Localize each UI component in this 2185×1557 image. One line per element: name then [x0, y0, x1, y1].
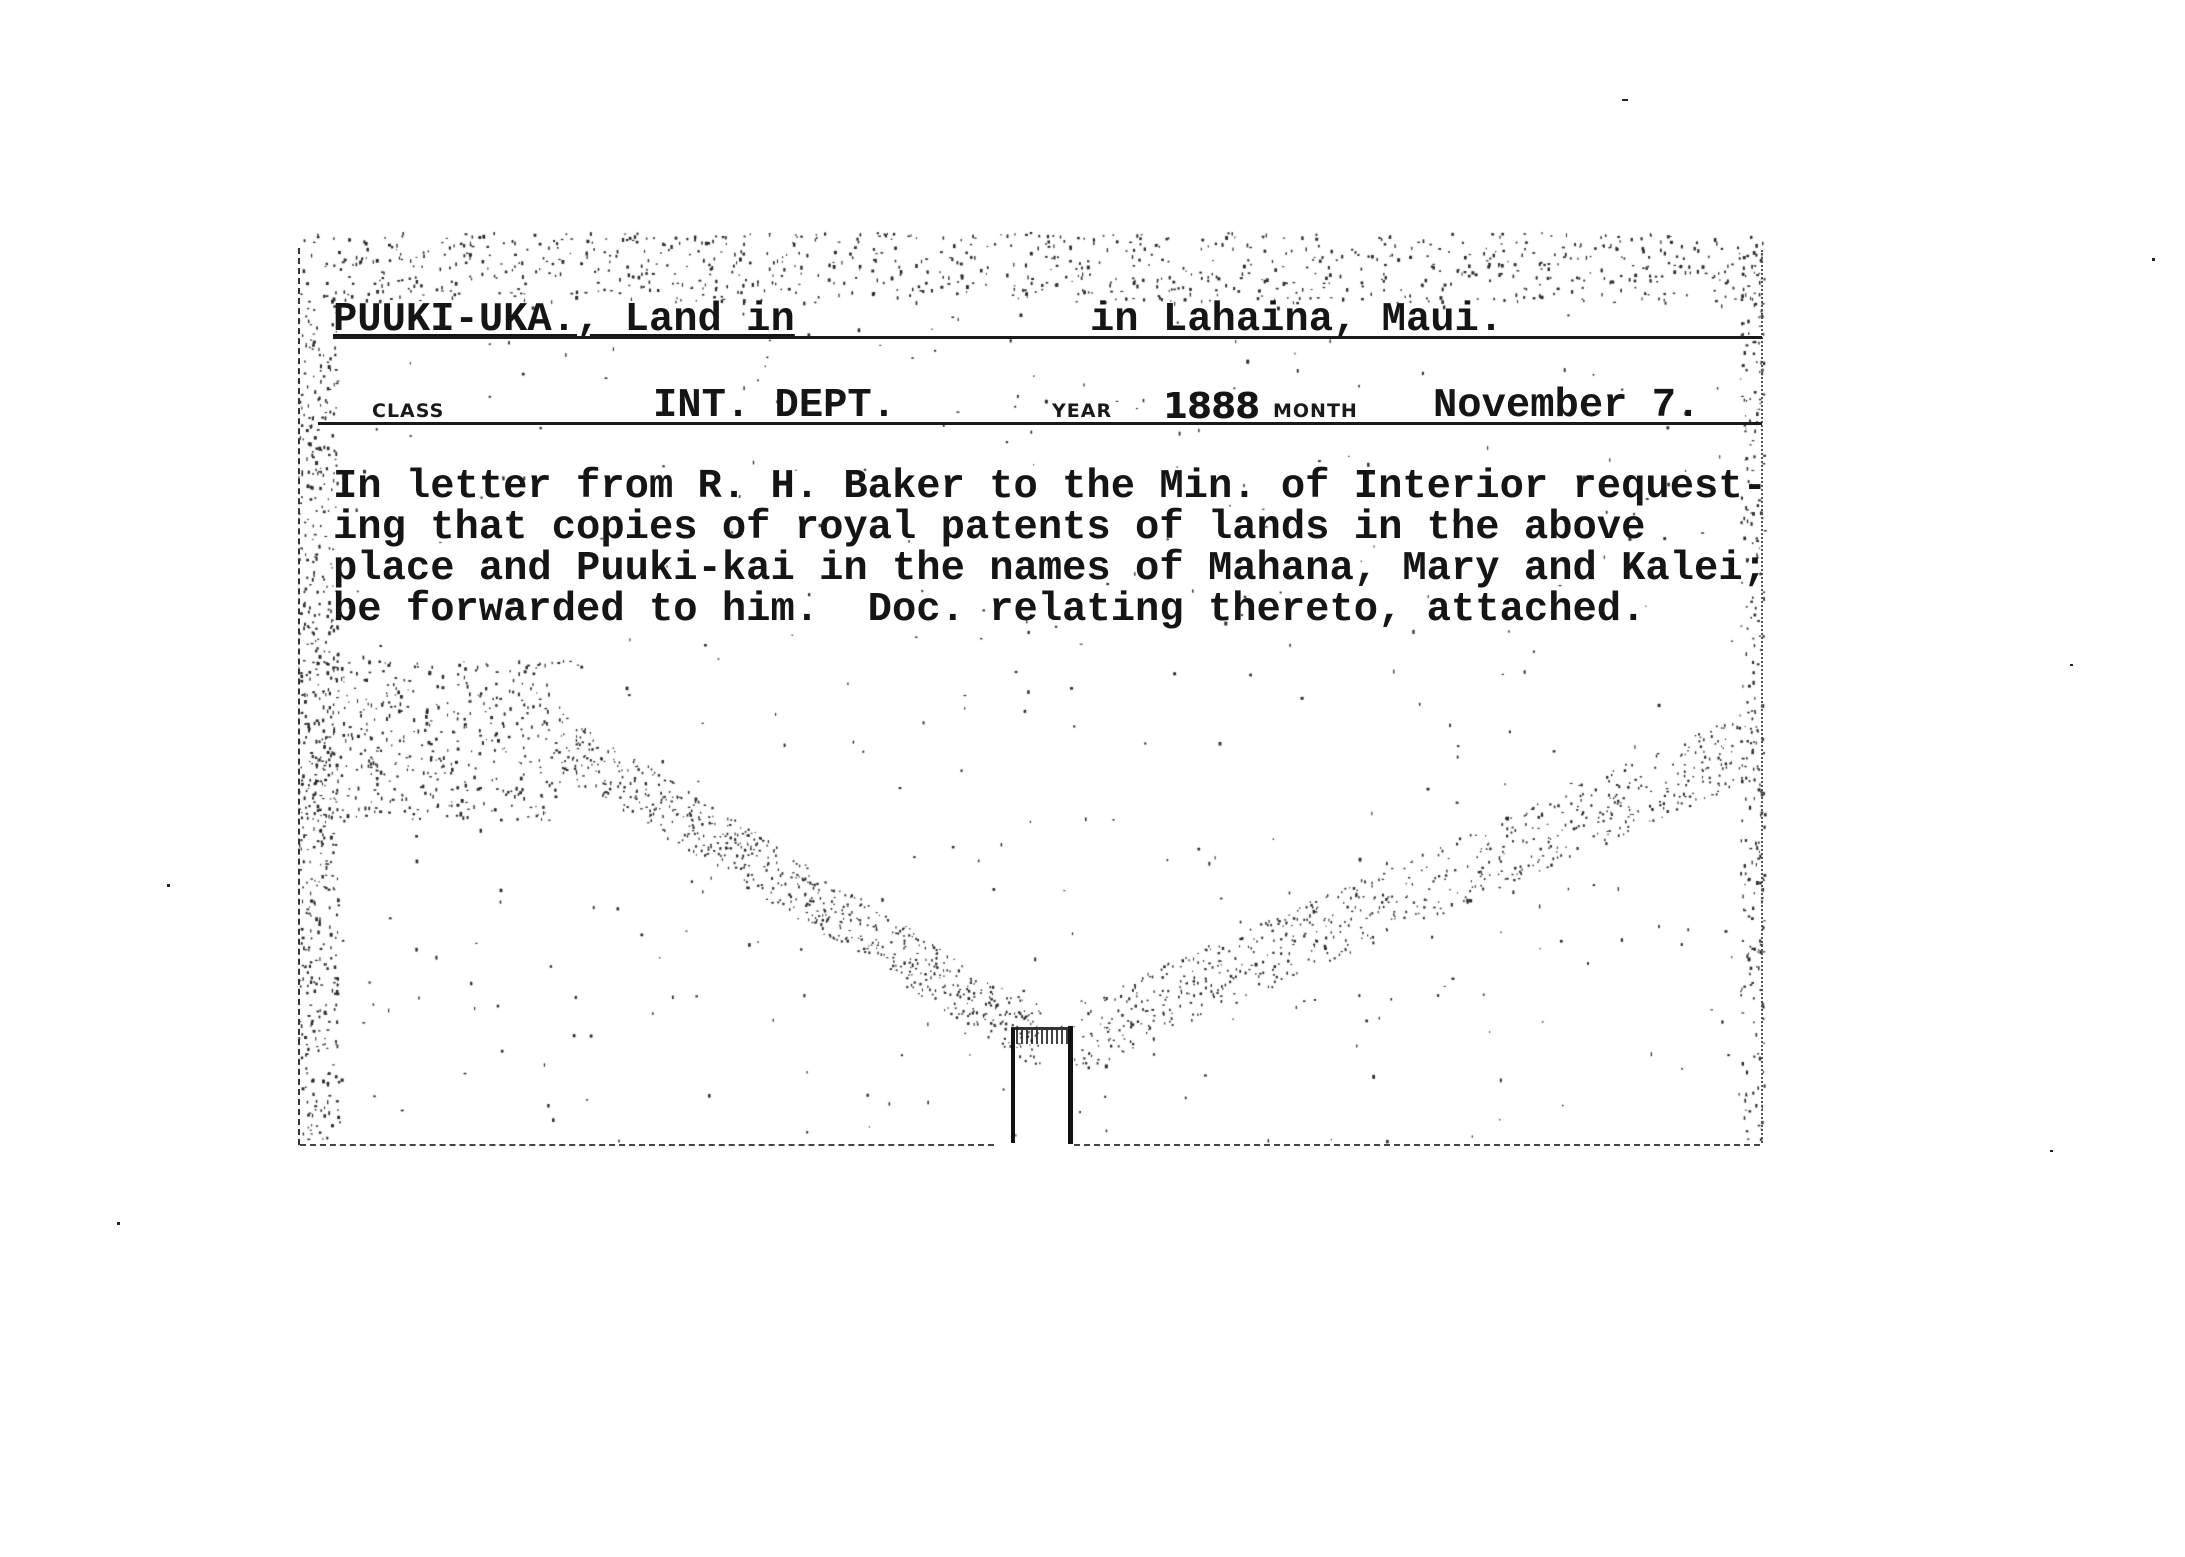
scan-speck [1622, 99, 1628, 101]
card-bottom-edge-left [300, 1144, 994, 1146]
title-rule [333, 336, 1762, 339]
card-right-edge [1761, 250, 1763, 1143]
card-rod-notch-right [1068, 1026, 1073, 1144]
class-label: CLASS [372, 400, 444, 422]
scan-speck [2152, 258, 2155, 261]
body-line: be forwarded to him. Doc. relating there… [333, 590, 1767, 631]
card-body: In letter from R. H. Baker to the Min. o… [333, 467, 1767, 631]
card-left-edge [298, 248, 300, 1145]
card-bottom-edge-right [1074, 1144, 1760, 1146]
body-line: In letter from R. H. Baker to the Min. o… [333, 467, 1767, 508]
month-value: November 7. [1433, 386, 1700, 427]
scan-speck [2050, 1150, 2053, 1152]
card-rod-notch-top [1011, 1027, 1073, 1044]
body-line: place and Puuki-kai in the names of Maha… [333, 549, 1767, 590]
index-card [298, 232, 1762, 1145]
year-label: YEAR [1052, 400, 1112, 422]
scan-speck [2070, 664, 2073, 666]
card-rod-notch-left [1011, 1028, 1015, 1143]
fields-rule [318, 422, 1762, 425]
card-title-location: in Lahaina, Maui. [1090, 300, 1503, 341]
card-title-subject: PUUKI-UKA., Land in [333, 300, 795, 341]
scan-speck [167, 884, 170, 887]
scan-speck [117, 1222, 120, 1225]
month-label: MONTH [1273, 400, 1358, 422]
year-value: 1888 [1163, 386, 1259, 427]
class-value: INT. DEPT. [653, 386, 896, 427]
body-line: ing that copies of royal patents of land… [333, 508, 1767, 549]
